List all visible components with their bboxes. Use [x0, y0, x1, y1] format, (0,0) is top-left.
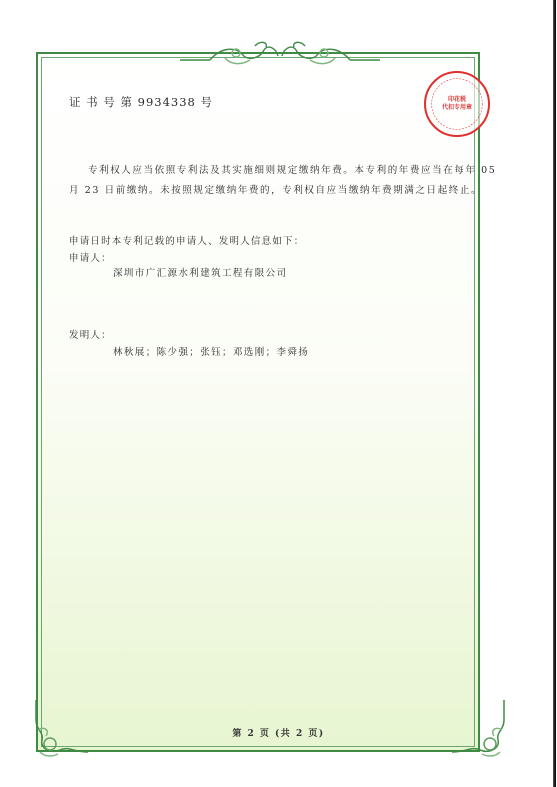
certificate-frame [36, 52, 480, 752]
applicant-label: 申请人： [69, 250, 112, 264]
applicant-value: 深圳市广汇源水利建筑工程有限公司 [113, 265, 287, 279]
scan-edge-line [553, 0, 556, 787]
inventor-value: 林秋展；陈少强；张钰；邓选刚；李舜扬 [113, 344, 309, 358]
inventor-label: 发明人： [69, 327, 112, 341]
page-indicator: 第 2 页 (共 2 页) [0, 726, 557, 739]
official-seal: 印花税 代扣专用章 [424, 71, 490, 137]
record-intro: 申请日时本专利记载的申请人、发明人信息如下： [69, 233, 304, 247]
fee-notice-paragraph: 专利权人应当依照专利法及其实施细则规定缴纳年费。本专利的年费应当在每年 05 月… [69, 161, 509, 201]
top-ornament-icon [180, 38, 380, 68]
certificate-number: 证 书 号 第 9934338 号 [69, 94, 213, 110]
seal-ring-icon [426, 73, 488, 135]
